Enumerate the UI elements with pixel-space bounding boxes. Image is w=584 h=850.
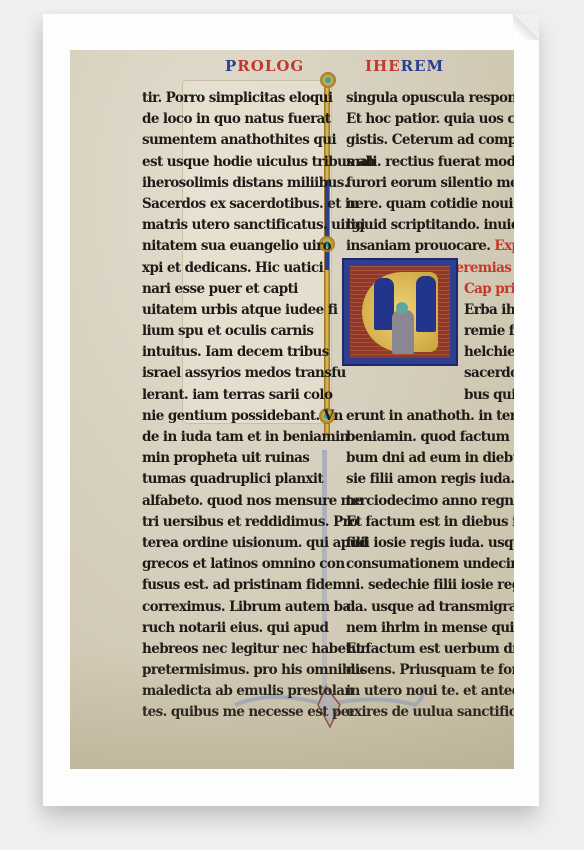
text-line: dicens. Priusquam te formarem	[346, 660, 514, 681]
text-line: Et hoc patior. quia uos coe	[346, 109, 514, 130]
page-curl-fold	[513, 14, 539, 40]
text-line: erunt in anathoth. in terra	[346, 406, 514, 427]
header-right-text: REM	[401, 57, 445, 75]
text-line: pretermisimus. pro his omnibus	[142, 660, 382, 681]
text-line: sacerdoti	[346, 363, 514, 384]
halo-icon	[396, 302, 408, 314]
running-header-right: IHEREM	[365, 57, 444, 75]
figure-stoner-left-icon	[374, 278, 394, 330]
stem-finial-top-icon	[320, 72, 336, 88]
text-line: maledicta ab emulis prestolan	[142, 681, 382, 702]
text-line: nem ihrlm in mense quinto.	[346, 618, 514, 639]
text-line: mali. rectius fuerat modum	[346, 152, 514, 173]
right-text-column: singula opuscula respondere. Et hoc pati…	[346, 88, 514, 724]
figure-stoner-right-icon	[416, 276, 436, 332]
text-line: bum dni ad eum in diebus io	[346, 448, 514, 469]
figure-prophet-kneeling-icon	[392, 310, 414, 354]
text-line: liquid scriptitando. inuidorum	[346, 215, 514, 236]
text-line: ni. sedechie filii iosie regis iu	[346, 575, 514, 596]
text-line: in utero noui te. et antequam	[346, 681, 514, 702]
text-line: Et factum est uerbum dni ad me	[346, 639, 514, 660]
text-line: singula opuscula respondere.	[346, 88, 514, 109]
manuscript-page: PROLOG IHEREM tir. Porro simplicitas elo…	[70, 50, 514, 769]
text-line: Et factum est in diebus ioachim	[346, 512, 514, 533]
rubric-explicit: Explic	[494, 238, 514, 254]
text-line: bus qui fu	[346, 385, 514, 406]
text-line: consumationem undecimi an	[346, 554, 514, 575]
text-line: da. usque ad transmigratio	[346, 597, 514, 618]
text-line: insaniam prouocare. Explic	[346, 236, 514, 257]
flourish-ornament-icon	[230, 675, 430, 735]
text-line: terciodecimo anno regni eius.	[346, 491, 514, 512]
text-fragment: insaniam prouocare.	[346, 238, 490, 254]
text-line: beniamin. quod factum est u	[346, 427, 514, 448]
text-line: exires de uulua sanctificaui te.	[346, 702, 514, 723]
text-line: nere. quam cotidie noui a	[346, 194, 514, 215]
historiated-initial	[342, 258, 458, 366]
header-left-text: ROLOG	[237, 57, 304, 75]
text-line: tes. quibus me necesse est per	[142, 702, 382, 723]
text-line: filii iosie regis iuda. usque ad	[346, 533, 514, 554]
running-header-left: PROLOG	[225, 57, 304, 75]
text-line: sie filii amon regis iuda. in	[346, 469, 514, 490]
text-line: gistis. Ceterum ad compendium	[346, 130, 514, 151]
header-right-initial: IHE	[365, 57, 401, 75]
header-left-initial: P	[225, 57, 237, 75]
text-line: furori eorum silentio meo po	[346, 173, 514, 194]
